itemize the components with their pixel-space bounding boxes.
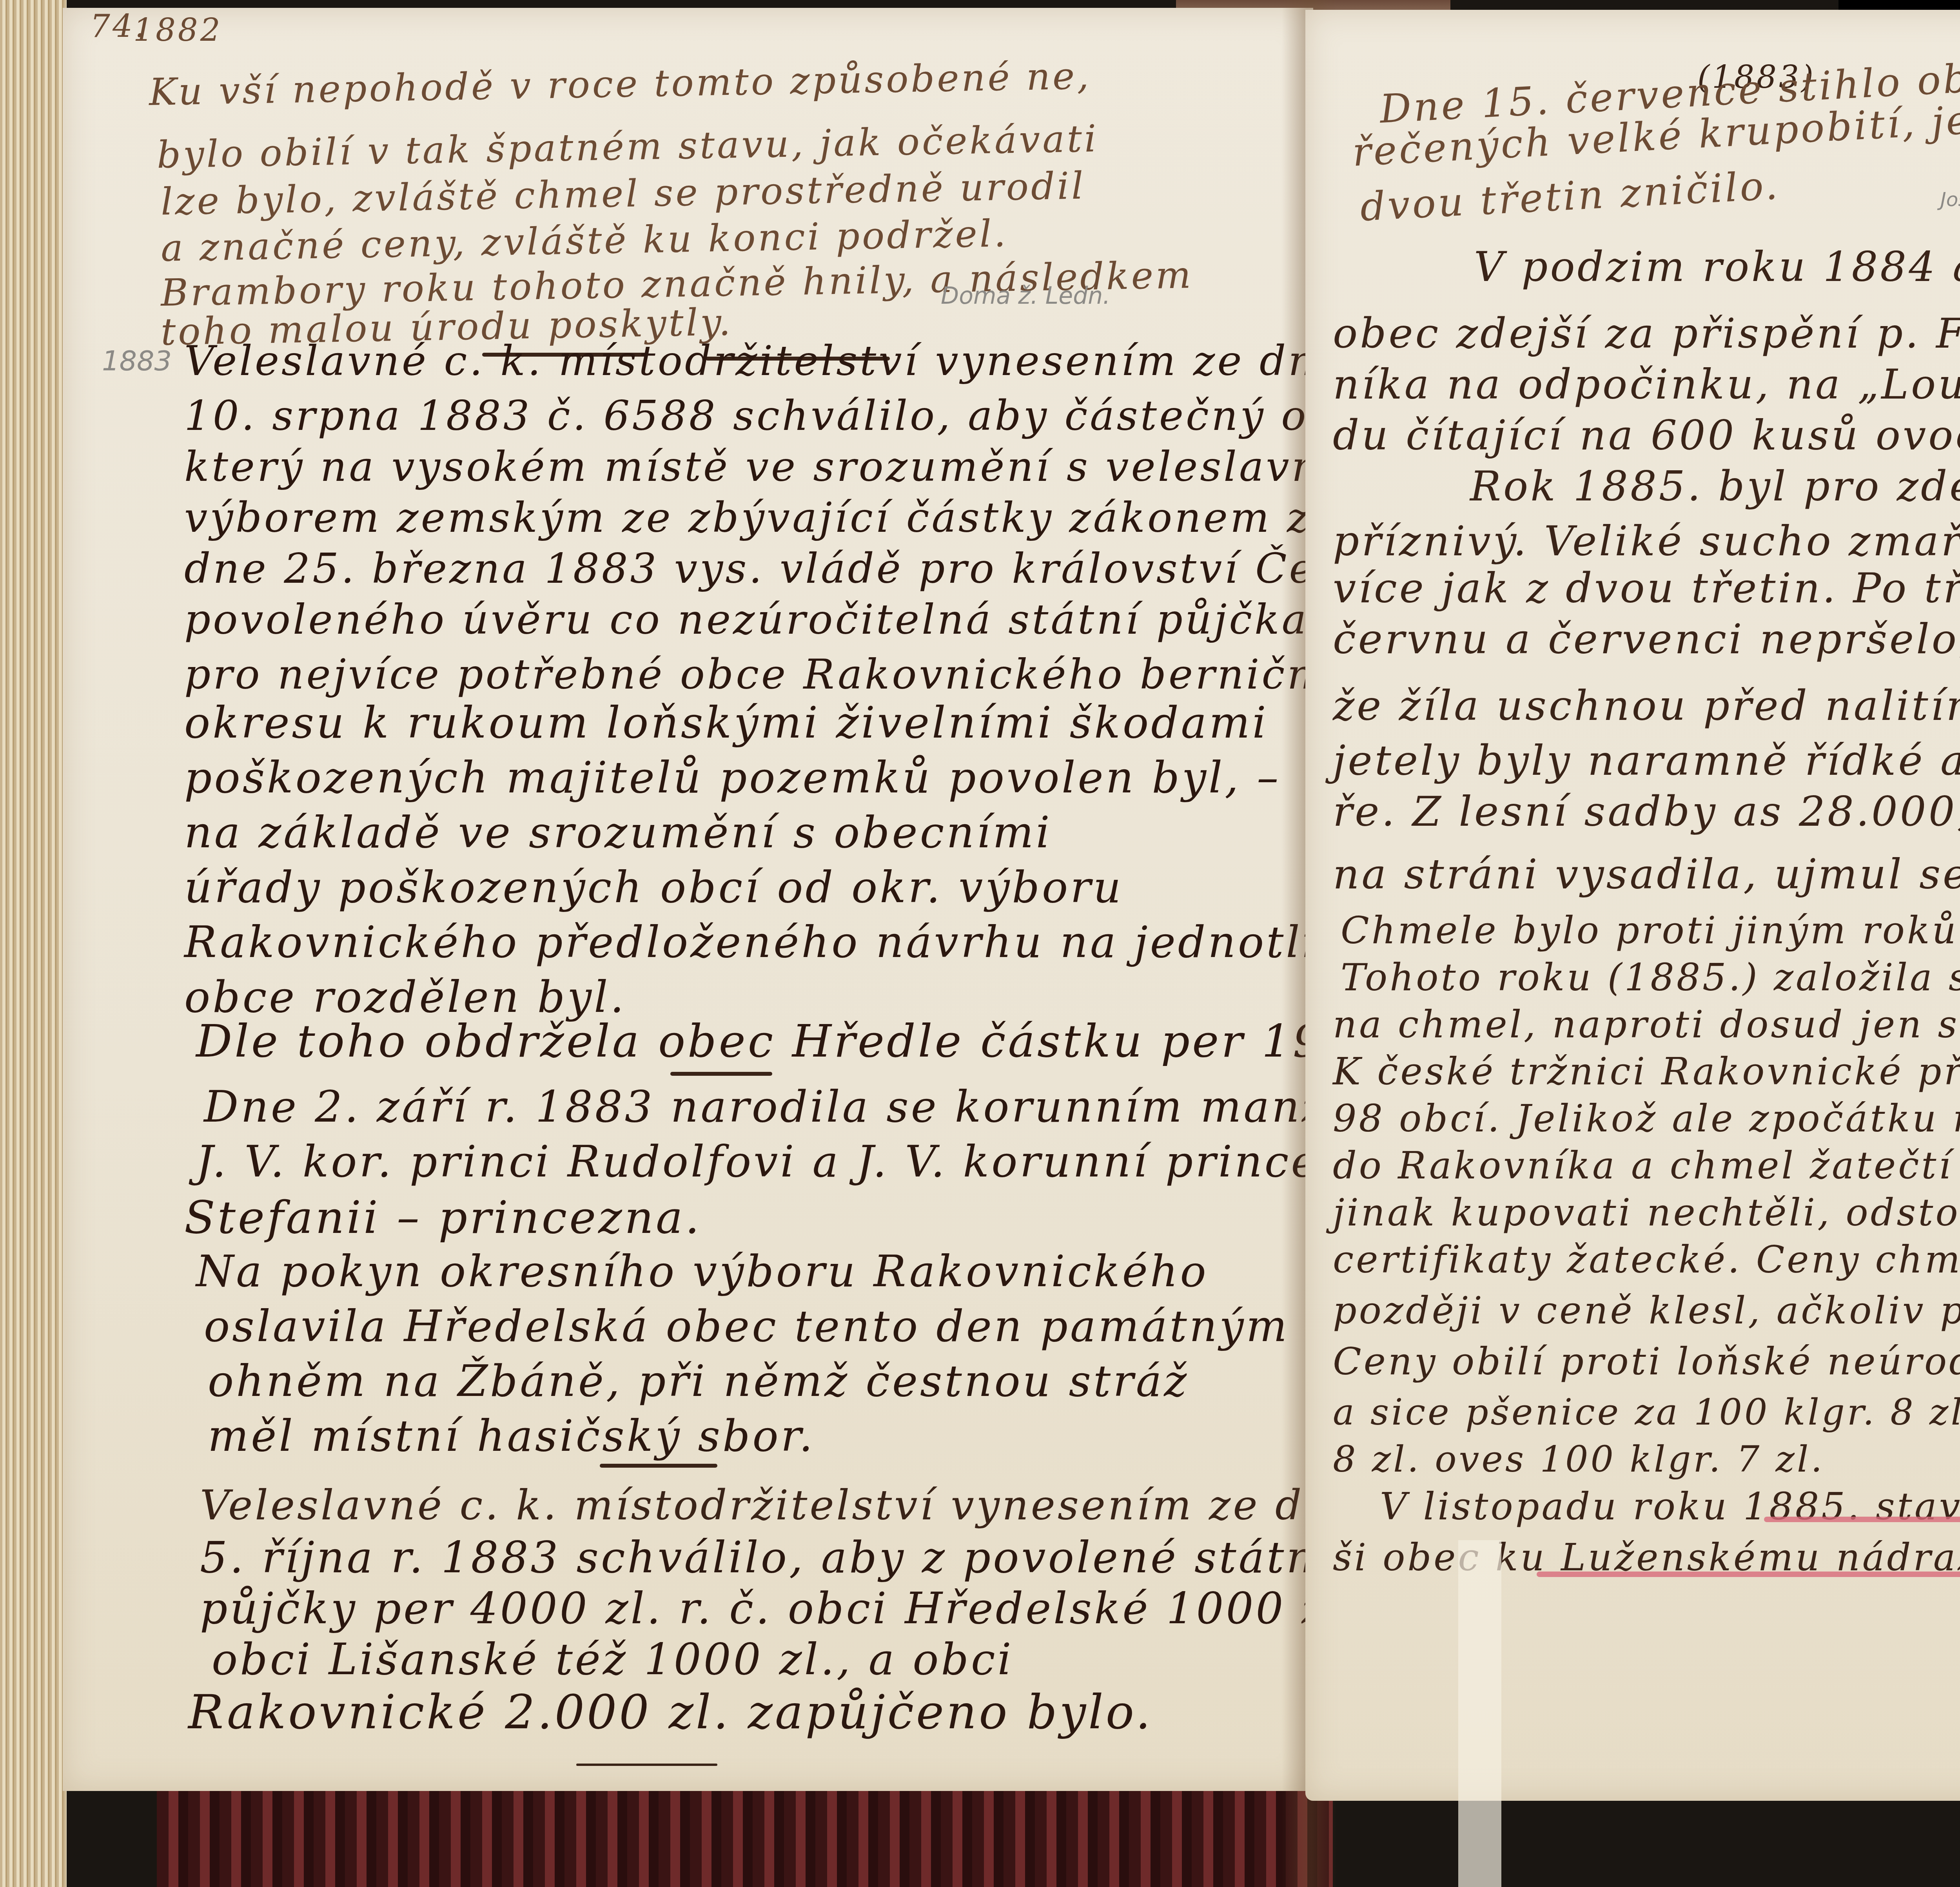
margin-year-note: 1883 bbox=[102, 345, 172, 377]
left-line: Veleslavné c. k. místodržitelství vynese… bbox=[184, 337, 1344, 385]
right-line: více jak z dvou třetin. Po tři měsíce v … bbox=[1333, 564, 1960, 612]
red-underline bbox=[1537, 1572, 1960, 1577]
left-line: Rakovnické 2.000 zl. zapůjčeno bylo. bbox=[188, 1685, 1153, 1740]
open-book-spread: 74. 1882 Ku vší nepohodě v roce tomto zp… bbox=[0, 0, 1960, 1887]
left-line: obci Lišanské též 1000 zl., a obci bbox=[212, 1634, 1014, 1684]
left-line: půjčky per 4000 zl. r. č. obci Hředelské… bbox=[200, 1583, 1375, 1633]
left-line: na základě ve srozumění s obecními bbox=[184, 807, 1052, 857]
right-line: na chmel, naproti dosud jen stávající tr… bbox=[1333, 1003, 1960, 1046]
left-line: dne 25. března 1883 vys. vládě pro králo… bbox=[184, 545, 1393, 593]
scan-border bbox=[1838, 0, 1960, 10]
left-line: Rakovnického předloženého návrhu na jedn… bbox=[184, 917, 1373, 967]
right-line: příznivý. Veliké sucho zmařilo úrodu na … bbox=[1333, 517, 1960, 565]
right-line: obec zdejší za přispění p. Františka Sla… bbox=[1333, 310, 1960, 357]
right-line: certifikaty žatecké. Ceny chmele byly na… bbox=[1333, 1238, 1960, 1282]
pencil-note-left: Doma ž. Ledn. bbox=[941, 282, 1110, 310]
pencil-note-right: Josef Štros místní pol. psal bbox=[1940, 188, 1960, 211]
left-line: poškozených majitelů pozemků povolen byl… bbox=[184, 752, 1281, 803]
left-line: pro nejvíce potřebné obce Rakovnického b… bbox=[184, 651, 1387, 698]
left-line: úřady poškozených obcí od okr. výboru bbox=[184, 862, 1123, 912]
left-line: Stefanii – princezna. bbox=[184, 1191, 702, 1244]
red-underline bbox=[1764, 1517, 1960, 1522]
right-line: Chmele bylo proti jiným rokům větší množ… bbox=[1341, 909, 1960, 952]
right-line: ře. Z lesní sadby as 28.000, kterou obec… bbox=[1333, 788, 1960, 836]
left-line: J. V. kor. princi Rudolfovi a J. V. koru… bbox=[196, 1137, 1402, 1187]
right-line: a sice pšenice za 100 klgr. 8 zl. žito 1… bbox=[1333, 1391, 1960, 1433]
right-line: později v ceně klesl, ačkoliv pěkný chme… bbox=[1333, 1289, 1960, 1332]
divider bbox=[576, 1764, 717, 1766]
left-line: Veleslavné c. k. místodržitelství vynese… bbox=[200, 1481, 1359, 1529]
left-line: povoleného úvěru co nezúročitelná státní… bbox=[184, 596, 1308, 644]
right-line: jinak kupovati nechtěli, odstoupily mnoh… bbox=[1333, 1191, 1960, 1234]
left-line: ohněm na Žbáně, při němž čestnou stráž bbox=[208, 1356, 1189, 1406]
right-line: K české tržnici Rakovnické přistoupilo n… bbox=[1333, 1050, 1960, 1093]
right-line: do Rakovníka a chmel žatečtí obchodníci … bbox=[1333, 1144, 1960, 1187]
right-line: že žíla uschnou před nalitím zrna. Vojtě… bbox=[1333, 682, 1960, 730]
page-stack-left bbox=[0, 0, 67, 1887]
divider bbox=[600, 1464, 717, 1468]
right-line: na stráni vysadila, ujmul se sotva 6tý d… bbox=[1333, 850, 1960, 898]
right-line: červnu a červenci nepršelo, a bylo se ji… bbox=[1333, 615, 1960, 663]
left-line: 5. října r. 1883 schválilo, aby z povole… bbox=[200, 1532, 1333, 1582]
right-line: V podzim roku 1884 a z jara roku 1885. z… bbox=[1474, 243, 1960, 291]
left-line: měl místní hasičský sbor. bbox=[208, 1411, 815, 1461]
left-line: okresu k rukoum loňskými živelními škoda… bbox=[184, 698, 1269, 748]
right-line: du čítající na 600 kusů ovocných stromků… bbox=[1333, 411, 1960, 459]
divider bbox=[670, 1072, 772, 1076]
left-line: obce rozdělen byl. bbox=[184, 972, 626, 1022]
left-line: Na pokyn okresního výboru Rakovnického bbox=[196, 1246, 1209, 1296]
tape-strip bbox=[1458, 1540, 1501, 1887]
right-line: jetely byly naramně řídké a krátké a sch… bbox=[1333, 737, 1960, 785]
left-line: oslavila Hředelská obec tento den památn… bbox=[204, 1301, 1289, 1351]
left-line: Dne 2. září r. 1883 narodila se korunním… bbox=[204, 1082, 1444, 1132]
right-line: 8 zl. oves 100 klgr. 7 zl. bbox=[1333, 1438, 1825, 1480]
left-line: výborem zemským ze zbývající částky záko… bbox=[184, 494, 1338, 542]
year-header-left: 1882 bbox=[133, 12, 223, 48]
book-binding-bottom bbox=[157, 1787, 1333, 1887]
right-line: Ceny obilí proti loňské neúrodě byly pom… bbox=[1333, 1340, 1960, 1383]
right-line: Rok 1885. byl pro zdejší krajinu velmi n… bbox=[1470, 462, 1960, 510]
right-line: níka na odpočinku, na „Lounském Důlu“ za… bbox=[1333, 361, 1960, 408]
right-line: Tohoto roku (1885.) založila se v Rakovn… bbox=[1341, 956, 1960, 999]
right-line: 98 obcí. Jelikož ale zpočátku nedostavil… bbox=[1333, 1097, 1960, 1140]
